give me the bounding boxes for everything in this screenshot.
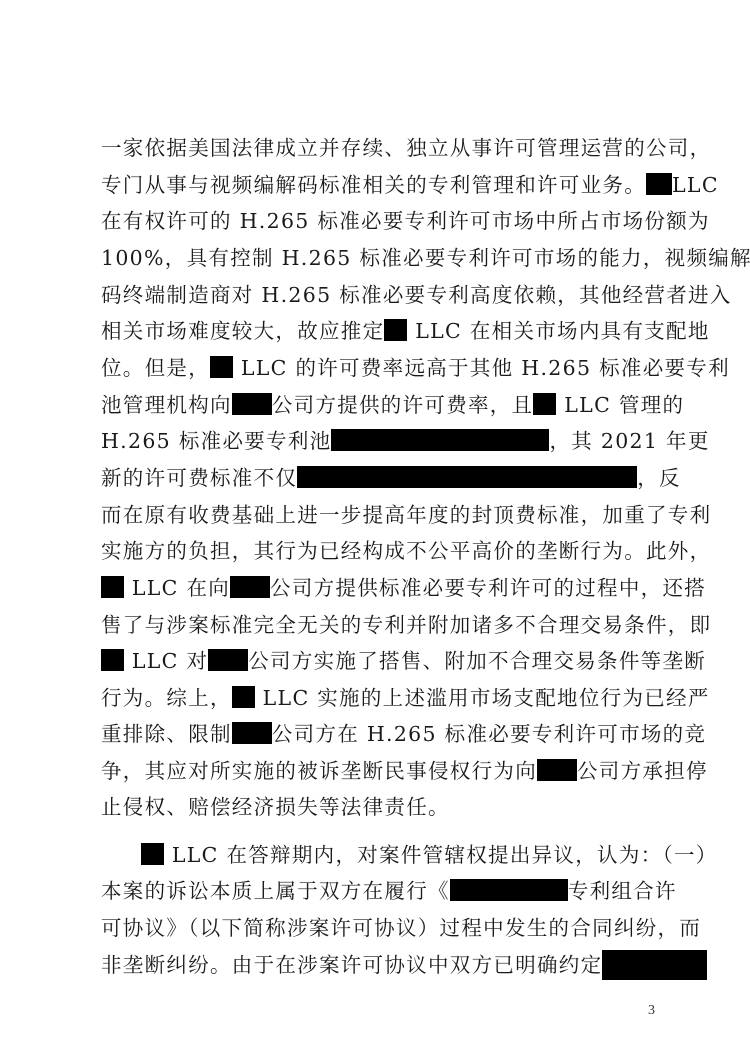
- text-line: LLC 在答辩期内，对案件管辖权提出异议，认为：（一）: [141, 841, 661, 869]
- text-line: 而在原有收费基础上进一步提高年度的封顶费标准，加重了专利: [101, 501, 661, 529]
- text: 100%，具有控制 H.265 标准必要专利许可市场的能力，视频编解: [101, 246, 750, 270]
- text-line: 售了与涉案标准完全无关的专利并附加诸多不合理交易条件，即: [101, 611, 661, 639]
- text-line: 本案的诉讼本质上属于双方在履行《专利组合许: [101, 877, 661, 905]
- text: LLC 管理的: [556, 393, 684, 417]
- document-page: 一家依据美国法律成立并存续、独立从事许可管理运营的公司， 专门从事与视频编解码标…: [0, 0, 750, 1061]
- redaction-block: [533, 393, 556, 415]
- text: 公司方实施了搭售、附加不合理交易条件等垄断: [248, 649, 706, 673]
- redaction-block: [232, 393, 272, 415]
- redaction-block: [450, 879, 568, 901]
- text: H.265 标准必要专利池: [101, 429, 331, 453]
- text-line: 在有权许可的 H.265 标准必要专利许可市场中所占市场份额为: [101, 207, 661, 235]
- text-line: 可协议》（以下简称涉案许可协议）过程中发生的合同纠纷，而: [101, 914, 661, 942]
- text-line: 100%，具有控制 H.265 标准必要专利许可市场的能力，视频编解: [101, 244, 661, 272]
- text: 专门从事与视频编解码标准相关的专利管理和许可业务。: [101, 173, 646, 197]
- text-line: H.265 标准必要专利池，其 2021 年更: [101, 427, 661, 455]
- text-line: 码终端制造商对 H.265 标准必要专利高度依赖，其他经营者进入: [101, 281, 661, 309]
- text-line: 重排除、限制公司方在 H.265 标准必要专利许可市场的竞: [101, 720, 661, 748]
- redaction-block: [230, 576, 270, 598]
- text: 本案的诉讼本质上属于双方在履行《: [101, 879, 450, 903]
- text: 公司方承担停: [577, 759, 708, 783]
- text: 在有权许可的 H.265 标准必要专利许可市场中所占市场份额为: [101, 209, 710, 233]
- text: LLC 在向: [124, 576, 230, 600]
- text-line: LLC 在向公司方提供标准必要专利许可的过程中，还搭: [101, 574, 661, 602]
- text-line: 池管理机构向公司方提供的许可费率，且 LLC 管理的: [101, 391, 661, 419]
- text: ，其 2021 年更: [549, 429, 709, 453]
- text-line: 非垄断纠纷。由于在涉案许可协议中双方已明确约定: [101, 950, 661, 978]
- text: LLC 对: [124, 649, 208, 673]
- text: 公司方提供标准必要专利许可的过程中，还搭: [270, 576, 706, 600]
- text: 非垄断纠纷。由于在涉案许可协议中双方已明确约定: [101, 953, 602, 977]
- text-line: 行为。综上， LLC 实施的上述滥用市场支配地位行为已经严: [101, 684, 661, 712]
- text-line: 专门从事与视频编解码标准相关的专利管理和许可业务。LLC: [101, 171, 661, 199]
- text: 一家依据美国法律成立并存续、独立从事许可管理运营的公司，: [101, 136, 711, 160]
- text: 池管理机构向: [101, 393, 232, 417]
- text: 位。但是，: [101, 356, 210, 380]
- text: ，反: [637, 466, 681, 490]
- text-line: 一家依据美国法律成立并存续、独立从事许可管理运营的公司，: [101, 134, 661, 162]
- text: LLC 在答辩期内，对案件管辖权提出异议，认为：（一）: [164, 843, 718, 867]
- text: 公司方提供的许可费率，且: [272, 393, 534, 417]
- text-line: 实施方的负担，其行为已经构成不公平高价的垄断行为。此外，: [101, 537, 661, 565]
- text: 公司方在 H.265 标准必要专利许可市场的竞: [272, 722, 706, 746]
- redaction-block: [602, 950, 707, 980]
- redaction-block: [208, 649, 248, 671]
- text: 争，其应对所实施的被诉垄断民事侵权行为向: [101, 759, 537, 783]
- text: LLC 实施的上述滥用市场支配地位行为已经严: [255, 686, 710, 710]
- redaction-block: [297, 466, 637, 488]
- text: 而在原有收费基础上进一步提高年度的封顶费标准，加重了专利: [101, 503, 711, 527]
- text-line: 争，其应对所实施的被诉垄断民事侵权行为向公司方承担停: [101, 757, 661, 785]
- text: 相关市场难度较大，故应推定: [101, 319, 384, 343]
- text-line: LLC 对公司方实施了搭售、附加不合理交易条件等垄断: [101, 647, 661, 675]
- text: 可协议》（以下简称涉案许可协议）过程中发生的合同纠纷，而: [101, 916, 701, 940]
- page-number: 3: [648, 1003, 655, 1019]
- redaction-block: [646, 173, 672, 195]
- redaction-block: [101, 576, 124, 598]
- text: 售了与涉案标准完全无关的专利并附加诸多不合理交易条件，即: [101, 613, 711, 637]
- text: 行为。综上，: [101, 686, 232, 710]
- text-line: 新的许可费标准不仅，反: [101, 464, 661, 492]
- text-line: 相关市场难度较大，故应推定 LLC 在相关市场内具有支配地: [101, 317, 661, 345]
- redaction-block: [232, 686, 255, 708]
- text: 新的许可费标准不仅: [101, 466, 297, 490]
- text: 重排除、限制: [101, 722, 232, 746]
- text: LLC: [672, 173, 719, 197]
- text-line: 位。但是， LLC 的许可费率远高于其他 H.265 标准必要专利: [101, 354, 661, 382]
- text: 实施方的负担，其行为已经构成不公平高价的垄断行为。此外，: [101, 539, 711, 563]
- text: 专利组合许: [568, 879, 677, 903]
- redaction-block: [141, 843, 164, 865]
- text: LLC 的许可费率远高于其他 H.265 标准必要专利: [233, 356, 730, 380]
- redaction-block: [331, 429, 549, 451]
- redaction-block: [101, 649, 124, 671]
- text-line: 止侵权、赔偿经济损失等法律责任。: [101, 793, 661, 821]
- text: 止侵权、赔偿经济损失等法律责任。: [101, 795, 450, 819]
- redaction-block: [232, 722, 272, 744]
- redaction-block: [210, 356, 233, 378]
- redaction-block: [537, 759, 577, 781]
- text: 码终端制造商对 H.265 标准必要专利高度依赖，其他经营者进入: [101, 283, 732, 307]
- redaction-block: [384, 319, 407, 341]
- text: LLC 在相关市场内具有支配地: [407, 319, 709, 343]
